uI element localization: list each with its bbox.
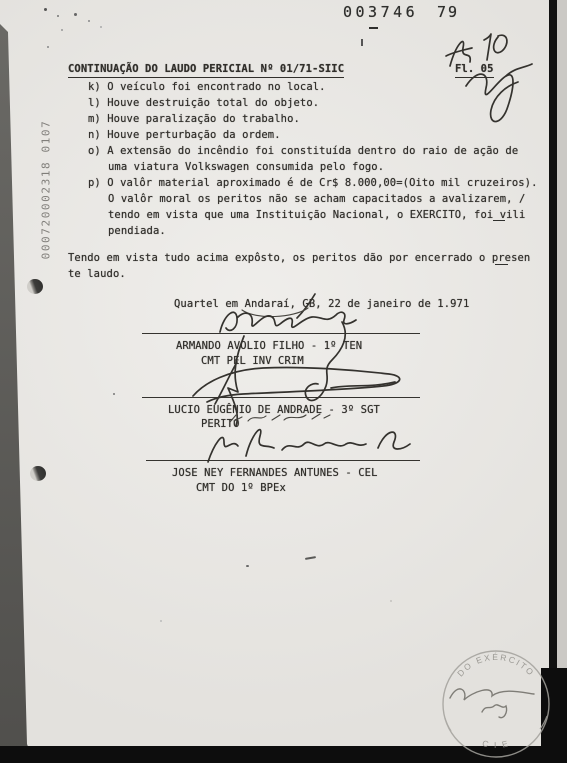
body-line: uma viatura Volkswagen consumida pelo fo…	[108, 161, 384, 174]
body-line: tendo em vista que uma Instituição Nacio…	[108, 209, 525, 222]
hyphen-underline-mark	[493, 220, 505, 221]
scan-speck	[160, 620, 162, 622]
scan-smudge	[305, 556, 316, 560]
stamp-dash-mark	[369, 27, 378, 29]
stamp-arc-bottom-text: C I E	[481, 738, 510, 750]
scan-edge-left	[0, 0, 34, 763]
closing-line: te laudo.	[68, 268, 126, 281]
signature-jose-ney-antunes	[200, 420, 425, 468]
handwritten-folio-and-rubric	[436, 24, 558, 132]
machine-stamp-number: 003746	[343, 3, 418, 21]
scan-speck	[100, 26, 102, 28]
scan-speck	[113, 393, 115, 395]
machine-stamp-page-number: 79	[437, 3, 459, 21]
binder-hole-mark	[27, 279, 43, 294]
signatory-name: JOSE NEY FERNANDES ANTUNES - CEL	[172, 467, 378, 480]
stamp-arc-top-text: DO EXÉRCITO	[455, 652, 537, 678]
stamp-signature-stroke	[450, 689, 534, 700]
body-line: k) O veículo foi encontrado no local.	[88, 81, 326, 94]
body-line: o) A extensão do incêndio foi constituíd…	[88, 145, 518, 158]
body-line: n) Houve perturbação da ordem.	[88, 129, 281, 142]
stamp-tick-mark	[361, 39, 363, 46]
scan-speck	[390, 600, 392, 602]
body-line: O valôr moral os peritos não se acham ca…	[108, 193, 525, 206]
body-line: p) O valôr material aproximado é de Cr$ …	[88, 177, 538, 190]
closing-line: Tendo em vista tudo acima expôsto, os pe…	[68, 252, 530, 265]
document-header: CONTINUAÇÃO DO LAUDO PERICIAL Nº 01/71-S…	[68, 63, 344, 78]
scan-speck	[61, 29, 63, 31]
signature-lucio-andrade	[185, 358, 415, 406]
cie-exercito-round-stamp: DO EXÉRCITO C I E	[438, 646, 554, 762]
scan-speck	[74, 13, 77, 16]
scan-speck	[44, 8, 47, 11]
binder-hole-mark	[30, 466, 46, 481]
scan-speck	[88, 20, 90, 22]
scan-speck	[47, 46, 49, 48]
scan-speck	[57, 15, 59, 17]
scan-speck	[246, 565, 249, 567]
body-line: l) Houve destruição total do objeto.	[88, 97, 319, 110]
margin-serial-number: 000720002318 0107	[40, 70, 53, 310]
body-line: pendiada.	[108, 225, 166, 238]
body-line: m) Houve paralização do trabalho.	[88, 113, 300, 126]
scanned-document-page: 003746 79 000720002318 0107 CONTINUAÇÃO …	[0, 0, 567, 763]
signatory-role: CMT DO 1º BPEx	[196, 482, 286, 495]
stamp-rank-scribble	[482, 705, 507, 718]
